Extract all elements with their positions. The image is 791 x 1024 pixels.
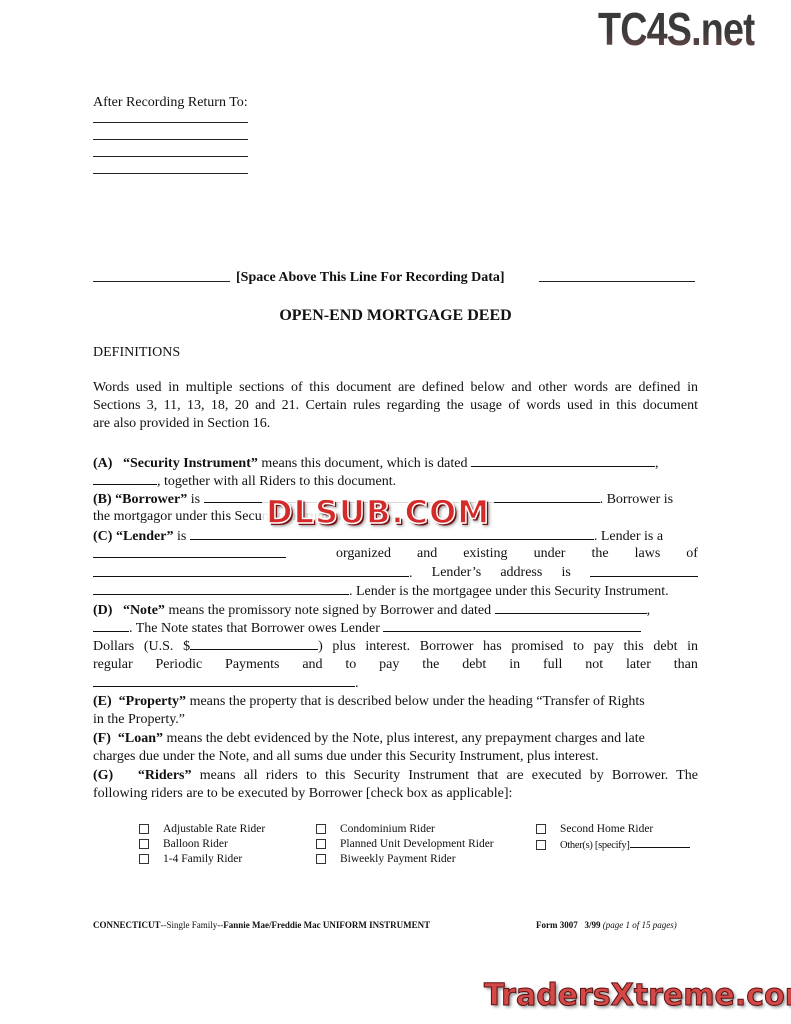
intro-line: Words used in multiple sections of this … bbox=[93, 379, 698, 397]
rider-label: Condominium Rider bbox=[340, 823, 435, 835]
section-label: (E) bbox=[93, 694, 112, 709]
watermark-tc4s: TC4S.net bbox=[598, 2, 755, 56]
section-e-line2: in the Property.” bbox=[93, 711, 698, 729]
rider-second-home[interactable]: Second Home Rider bbox=[536, 822, 653, 836]
rider-others[interactable]: Other(s) [specify] bbox=[536, 837, 690, 853]
section-text: . Lender is a bbox=[594, 529, 663, 544]
section-c-line2: organized and existing under the laws of bbox=[93, 545, 698, 563]
footer-instrument: CONNECTICUT--Single Family--Fannie Mae/F… bbox=[93, 919, 430, 931]
checkbox[interactable] bbox=[139, 839, 149, 849]
checkbox[interactable] bbox=[139, 854, 149, 864]
document-title: OPEN-END MORTGAGE DEED bbox=[0, 306, 791, 326]
section-term: “Riders” bbox=[138, 768, 192, 783]
word: to bbox=[345, 656, 356, 674]
word: debt bbox=[462, 656, 486, 674]
return-label: After Recording Return To: bbox=[93, 94, 248, 112]
rider-adjustable-rate[interactable]: Adjustable Rate Rider bbox=[139, 822, 265, 836]
section-text: is bbox=[191, 492, 200, 507]
section-f-line2: charges due under the Note, and all sums… bbox=[93, 748, 698, 766]
word: address bbox=[500, 564, 542, 582]
checkbox[interactable] bbox=[536, 840, 546, 850]
word: later bbox=[626, 656, 651, 674]
footer-form-number: Form 3007 bbox=[536, 920, 578, 930]
rider-label: Planned Unit Development Rider bbox=[340, 838, 494, 850]
word: Periodic bbox=[156, 656, 203, 674]
word: . bbox=[409, 566, 413, 581]
rider-label: Balloon Rider bbox=[163, 838, 228, 850]
word: and bbox=[417, 545, 437, 563]
rider-biweekly-payment[interactable]: Biweekly Payment Rider bbox=[316, 852, 456, 866]
checkbox[interactable] bbox=[536, 824, 546, 834]
word: under bbox=[534, 545, 566, 563]
loan-amount-words-blank[interactable] bbox=[383, 619, 641, 632]
word: than bbox=[674, 656, 698, 674]
section-g-line2: following riders are to be executed by B… bbox=[93, 785, 698, 803]
rider-balloon[interactable]: Balloon Rider bbox=[139, 837, 228, 851]
section-c-line4: . Lender is the mortgagee under this Sec… bbox=[93, 582, 698, 601]
other-riders-blank[interactable] bbox=[630, 837, 690, 848]
section-c-line3: . Lender’s address is bbox=[93, 564, 698, 582]
section-term: “Loan” bbox=[118, 731, 163, 746]
word: full bbox=[543, 656, 562, 674]
watermark-dlsub: DLSUB.COM bbox=[262, 494, 494, 530]
lender-jurisdiction-blank[interactable] bbox=[93, 564, 409, 577]
return-blank-line bbox=[93, 156, 248, 157]
lender-address-blank[interactable] bbox=[590, 564, 698, 577]
section-d-line4: regular Periodic Payments and to pay the… bbox=[93, 656, 698, 674]
rider-planned-unit-development[interactable]: Planned Unit Development Rider bbox=[316, 837, 494, 851]
lender-address-cont-blank[interactable] bbox=[93, 582, 349, 595]
section-label: (G) bbox=[93, 768, 113, 783]
section-label: (C) bbox=[93, 529, 112, 544]
word: of bbox=[686, 545, 698, 563]
recording-rule-right bbox=[539, 281, 695, 282]
section-text: Dollars (U.S. $ bbox=[93, 639, 190, 654]
section-text: means the debt evidenced by the Note, pl… bbox=[167, 731, 645, 746]
word: organized bbox=[336, 545, 391, 563]
word: is bbox=[561, 564, 570, 582]
rider-label: Second Home Rider bbox=[560, 823, 653, 835]
section-term: “Property” bbox=[119, 694, 186, 709]
rider-1-4-family[interactable]: 1-4 Family Rider bbox=[139, 852, 242, 866]
intro-line: Sections 3, 11, 13, 18, 20 and 21. Certa… bbox=[93, 397, 698, 415]
definitions-heading: DEFINITIONS bbox=[93, 344, 180, 362]
checkbox[interactable] bbox=[139, 824, 149, 834]
rider-label: Other(s) [specify] bbox=[560, 840, 630, 851]
footer-family: --Single Family-- bbox=[161, 920, 224, 930]
word: regular bbox=[93, 656, 133, 674]
section-g-line1: (G) “Riders” means all riders to this Se… bbox=[93, 767, 698, 785]
word: Lender’s bbox=[432, 564, 482, 582]
checkbox[interactable] bbox=[316, 839, 326, 849]
section-d-line2: . The Note states that Borrower owes Len… bbox=[93, 619, 698, 638]
section-text: means this document, which is dated bbox=[261, 456, 467, 471]
footer-state: CONNECTICUT bbox=[93, 920, 161, 930]
word: in bbox=[509, 656, 520, 674]
section-text: means the promissory note signed by Borr… bbox=[168, 603, 491, 618]
note-year-blank[interactable] bbox=[93, 619, 129, 632]
lender-entity-type-blank[interactable] bbox=[93, 545, 286, 558]
rider-condominium[interactable]: Condominium Rider bbox=[316, 822, 435, 836]
word: and bbox=[302, 656, 322, 674]
section-e-line1: (E) “Property” means the property that i… bbox=[93, 693, 698, 711]
section-text: . The Note states that Borrower owes Len… bbox=[129, 621, 380, 636]
rider-label: 1-4 Family Rider bbox=[163, 853, 242, 865]
checkbox[interactable] bbox=[316, 854, 326, 864]
section-term: “Borrower” bbox=[115, 492, 187, 507]
section-term: “Lender” bbox=[116, 529, 174, 544]
footer-page-number: (page 1 of 15 pages) bbox=[603, 920, 677, 930]
intro-line: are also provided in Section 16. bbox=[93, 415, 698, 433]
section-label: (A) bbox=[93, 456, 112, 471]
section-d-line3: Dollars (U.S. $) plus interest. Borrower… bbox=[93, 637, 698, 656]
section-a-line1: (A) “Security Instrument” means this doc… bbox=[93, 454, 698, 473]
note-date-blank[interactable] bbox=[495, 601, 647, 614]
return-blank-line bbox=[93, 173, 248, 174]
word: laws bbox=[635, 545, 661, 563]
return-blank-line bbox=[93, 122, 248, 123]
recording-rule-left bbox=[93, 281, 230, 282]
rider-label: Adjustable Rate Rider bbox=[163, 823, 265, 835]
return-blank-line bbox=[93, 139, 248, 140]
section-text: . Lender is the mortgagee under this Sec… bbox=[349, 584, 669, 599]
section-term: “Note” bbox=[123, 603, 165, 618]
section-label: (B) bbox=[93, 492, 112, 507]
word: Payments bbox=[225, 656, 279, 674]
word: pay bbox=[379, 656, 399, 674]
section-f-line1: (F) “Loan” means the debt evidenced by t… bbox=[93, 730, 698, 748]
footer-form: Form 3007 3/99 (page 1 of 15 pages) bbox=[536, 919, 677, 931]
rider-label: Biweekly Payment Rider bbox=[340, 853, 456, 865]
word: not bbox=[585, 656, 603, 674]
word: the bbox=[591, 545, 608, 563]
maturity-date-blank[interactable] bbox=[93, 674, 355, 687]
section-text: . Borrower is bbox=[600, 492, 674, 507]
section-d-line1: (D) “Note” means the promissory note sig… bbox=[93, 601, 698, 620]
recording-data-label: [Space Above This Line For Recording Dat… bbox=[236, 269, 505, 287]
security-instrument-date-blank[interactable] bbox=[471, 454, 655, 467]
section-text: means all riders to this Security Instru… bbox=[200, 768, 698, 783]
section-label: (F) bbox=[93, 731, 111, 746]
section-label: (D) bbox=[93, 603, 112, 618]
word: existing bbox=[463, 545, 507, 563]
footer-issuer: Fannie Mae/Freddie Mac UNIFORM INSTRUMEN… bbox=[223, 920, 430, 930]
loan-amount-dollars-blank[interactable] bbox=[190, 637, 318, 650]
checkbox[interactable] bbox=[316, 824, 326, 834]
word: the bbox=[422, 656, 439, 674]
section-a-line2: , together with all Riders to this docum… bbox=[93, 472, 698, 491]
section-term: “Security Instrument” bbox=[123, 456, 258, 471]
section-text: means the property that is described bel… bbox=[190, 694, 645, 709]
section-text: ) plus interest. Borrower has promised t… bbox=[318, 639, 698, 654]
footer-form-date: 3/99 bbox=[585, 920, 601, 930]
section-text: , together with all Riders to this docum… bbox=[157, 474, 396, 489]
section-text: is bbox=[177, 529, 186, 544]
security-instrument-year-blank[interactable] bbox=[93, 472, 157, 485]
section-d-line5: . bbox=[93, 674, 698, 693]
watermark-tradersxtreme: TradersXtreme.com bbox=[484, 978, 791, 1013]
